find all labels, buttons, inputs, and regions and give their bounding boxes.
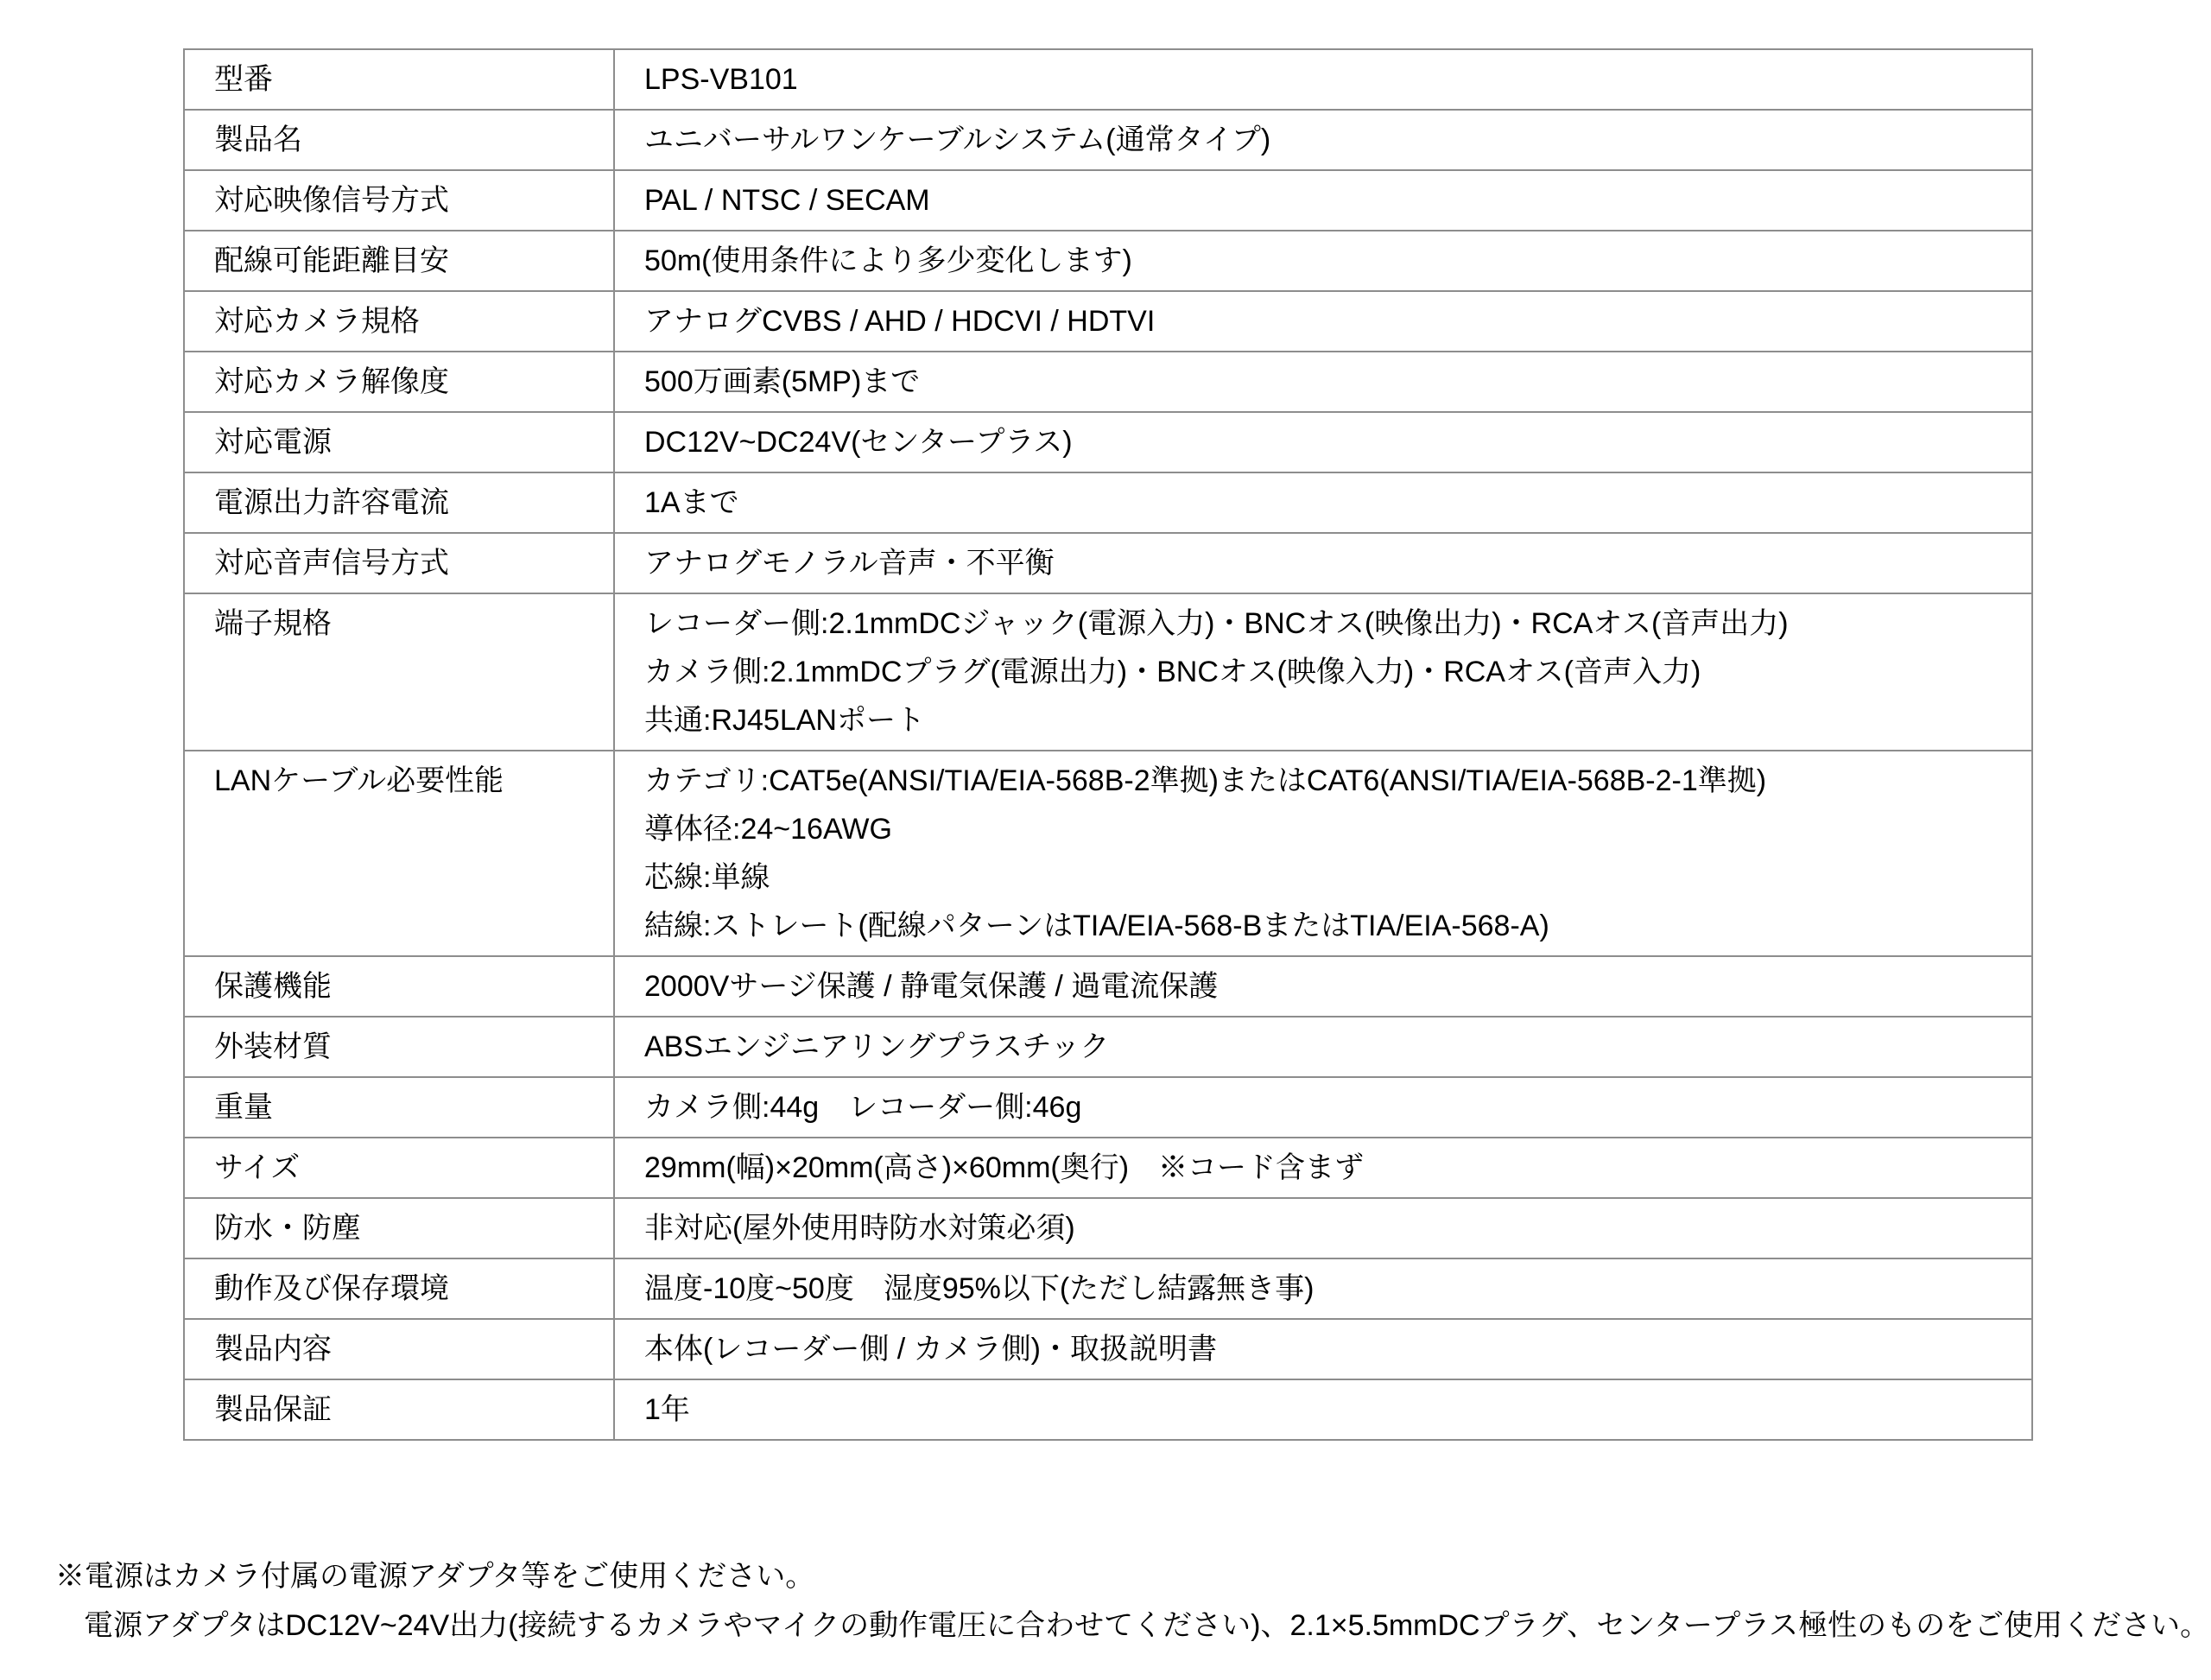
spec-value-cell: レコーダー側:2.1mmDCジャック(電源入力)・BNCオス(映像出力)・RCA…	[614, 593, 2032, 751]
spec-label-cell: 防水・防塵	[184, 1198, 614, 1258]
spec-label-cell: 製品保証	[184, 1379, 614, 1440]
spec-label-cell: 対応音声信号方式	[184, 533, 614, 593]
spec-label-cell: サイズ	[184, 1138, 614, 1198]
spec-value-line: 29mm(幅)×20mm(高さ)×60mm(奥行) ※コード含まず	[644, 1144, 2002, 1192]
table-row: 配線可能距離目安50m(使用条件により多少変化します)	[184, 231, 2032, 291]
table-row: 対応カメラ解像度500万画素(5MP)まで	[184, 352, 2032, 412]
table-row: 型番LPS-VB101	[184, 49, 2032, 110]
spec-label-cell: 保護機能	[184, 956, 614, 1017]
spec-value-line: 温度-10度~50度 湿度95%以下(ただし結露無き事)	[644, 1265, 2002, 1313]
footnote-line-2: 電源アダプタはDC12V~24V出力(接続するカメラやマイクの動作電圧に合わせて…	[55, 1601, 2209, 1651]
spec-value-cell: 温度-10度~50度 湿度95%以下(ただし結露無き事)	[614, 1258, 2032, 1319]
spec-table: 型番LPS-VB101製品名ユニバーサルワンケーブルシステム(通常タイプ)対応映…	[183, 48, 2033, 1441]
spec-value-line: アナログCVBS / AHD / HDCVI / HDTVI	[644, 297, 2002, 346]
spec-value-line: 結線:ストレート(配線パターンはTIA/EIA-568-BまたはTIA/EIA-…	[644, 902, 2002, 950]
spec-value-line: 共通:RJ45LANポート	[644, 696, 2002, 745]
spec-label-cell: 配線可能距離目安	[184, 231, 614, 291]
spec-value-line: ABSエンジニアリングプラスチック	[644, 1023, 2002, 1071]
spec-value-cell: 2000Vサージ保護 / 静電気保護 / 過電流保護	[614, 956, 2032, 1017]
spec-value-line: カテゴリ:CAT5e(ANSI/TIA/EIA-568B-2準拠)またはCAT6…	[644, 757, 2002, 805]
spec-value-line: 1年	[644, 1385, 2002, 1434]
spec-label-cell: 対応カメラ規格	[184, 291, 614, 352]
spec-value-line: 本体(レコーダー側 / カメラ側)・取扱説明書	[644, 1325, 2002, 1373]
table-row: 保護機能2000Vサージ保護 / 静電気保護 / 過電流保護	[184, 956, 2032, 1017]
spec-value-cell: 500万画素(5MP)まで	[614, 352, 2032, 412]
spec-value-cell: PAL / NTSC / SECAM	[614, 170, 2032, 231]
spec-value-line: LPS-VB101	[644, 55, 2002, 104]
spec-value-line: 1Aまで	[644, 479, 2002, 527]
spec-value-cell: 29mm(幅)×20mm(高さ)×60mm(奥行) ※コード含まず	[614, 1138, 2032, 1198]
spec-value-cell: 1年	[614, 1379, 2032, 1440]
spec-value-cell: ABSエンジニアリングプラスチック	[614, 1017, 2032, 1077]
table-row: 製品名ユニバーサルワンケーブルシステム(通常タイプ)	[184, 110, 2032, 170]
footnotes: ※電源はカメラ付属の電源アダプタ等をご使用ください。 電源アダプタはDC12V~…	[55, 1552, 2209, 1651]
spec-label-cell: 電源出力許容電流	[184, 472, 614, 533]
spec-value-line: ユニバーサルワンケーブルシステム(通常タイプ)	[644, 116, 2002, 164]
table-row: LANケーブル必要性能カテゴリ:CAT5e(ANSI/TIA/EIA-568B-…	[184, 751, 2032, 956]
table-row: 製品内容本体(レコーダー側 / カメラ側)・取扱説明書	[184, 1319, 2032, 1379]
spec-value-line: 非対応(屋外使用時防水対策必須)	[644, 1204, 2002, 1252]
spec-value-line: 50m(使用条件により多少変化します)	[644, 237, 2002, 285]
spec-value-line: レコーダー側:2.1mmDCジャック(電源入力)・BNCオス(映像出力)・RCA…	[644, 599, 2002, 648]
spec-value-line: カメラ側:2.1mmDCプラグ(電源出力)・BNCオス(映像入力)・RCAオス(…	[644, 648, 2002, 696]
spec-value-cell: アナログモノラル音声・不平衡	[614, 533, 2032, 593]
spec-label-cell: 動作及び保存環境	[184, 1258, 614, 1319]
spec-value-line: 2000Vサージ保護 / 静電気保護 / 過電流保護	[644, 962, 2002, 1011]
spec-value-line: 導体径:24~16AWG	[644, 805, 2002, 853]
spec-label-cell: 対応映像信号方式	[184, 170, 614, 231]
spec-table-container: 型番LPS-VB101製品名ユニバーサルワンケーブルシステム(通常タイプ)対応映…	[183, 48, 2033, 1441]
spec-label-cell: 製品内容	[184, 1319, 614, 1379]
spec-value-line: PAL / NTSC / SECAM	[644, 176, 2002, 225]
spec-value-line: カメラ側:44g レコーダー側:46g	[644, 1083, 2002, 1132]
spec-value-cell: 50m(使用条件により多少変化します)	[614, 231, 2032, 291]
spec-value-line: 芯線:単線	[644, 853, 2002, 902]
spec-label-cell: 型番	[184, 49, 614, 110]
spec-label-cell: 対応電源	[184, 412, 614, 472]
table-row: サイズ29mm(幅)×20mm(高さ)×60mm(奥行) ※コード含まず	[184, 1138, 2032, 1198]
table-row: 対応カメラ規格アナログCVBS / AHD / HDCVI / HDTVI	[184, 291, 2032, 352]
table-row: 対応電源DC12V~DC24V(センタープラス)	[184, 412, 2032, 472]
spec-value-line: DC12V~DC24V(センタープラス)	[644, 418, 2002, 466]
spec-label-cell: LANケーブル必要性能	[184, 751, 614, 956]
spec-value-cell: カテゴリ:CAT5e(ANSI/TIA/EIA-568B-2準拠)またはCAT6…	[614, 751, 2032, 956]
spec-table-body: 型番LPS-VB101製品名ユニバーサルワンケーブルシステム(通常タイプ)対応映…	[184, 49, 2032, 1440]
table-row: 重量カメラ側:44g レコーダー側:46g	[184, 1077, 2032, 1138]
spec-value-cell: カメラ側:44g レコーダー側:46g	[614, 1077, 2032, 1138]
spec-label-cell: 外装材質	[184, 1017, 614, 1077]
spec-value-cell: ユニバーサルワンケーブルシステム(通常タイプ)	[614, 110, 2032, 170]
spec-value-cell: 1Aまで	[614, 472, 2032, 533]
table-row: 対応映像信号方式PAL / NTSC / SECAM	[184, 170, 2032, 231]
spec-label-cell: 製品名	[184, 110, 614, 170]
spec-label-cell: 対応カメラ解像度	[184, 352, 614, 412]
footnote-line-1: ※電源はカメラ付属の電源アダプタ等をご使用ください。	[55, 1552, 2209, 1601]
table-row: 製品保証1年	[184, 1379, 2032, 1440]
table-row: 外装材質ABSエンジニアリングプラスチック	[184, 1017, 2032, 1077]
table-row: 端子規格レコーダー側:2.1mmDCジャック(電源入力)・BNCオス(映像出力)…	[184, 593, 2032, 751]
table-row: 防水・防塵非対応(屋外使用時防水対策必須)	[184, 1198, 2032, 1258]
table-row: 対応音声信号方式アナログモノラル音声・不平衡	[184, 533, 2032, 593]
spec-value-cell: LPS-VB101	[614, 49, 2032, 110]
spec-value-line: アナログモノラル音声・不平衡	[644, 539, 2002, 587]
spec-value-line: 500万画素(5MP)まで	[644, 358, 2002, 406]
table-row: 動作及び保存環境温度-10度~50度 湿度95%以下(ただし結露無き事)	[184, 1258, 2032, 1319]
spec-value-cell: 本体(レコーダー側 / カメラ側)・取扱説明書	[614, 1319, 2032, 1379]
spec-value-cell: 非対応(屋外使用時防水対策必須)	[614, 1198, 2032, 1258]
spec-value-cell: DC12V~DC24V(センタープラス)	[614, 412, 2032, 472]
spec-label-cell: 重量	[184, 1077, 614, 1138]
spec-value-cell: アナログCVBS / AHD / HDCVI / HDTVI	[614, 291, 2032, 352]
spec-label-cell: 端子規格	[184, 593, 614, 751]
table-row: 電源出力許容電流1Aまで	[184, 472, 2032, 533]
